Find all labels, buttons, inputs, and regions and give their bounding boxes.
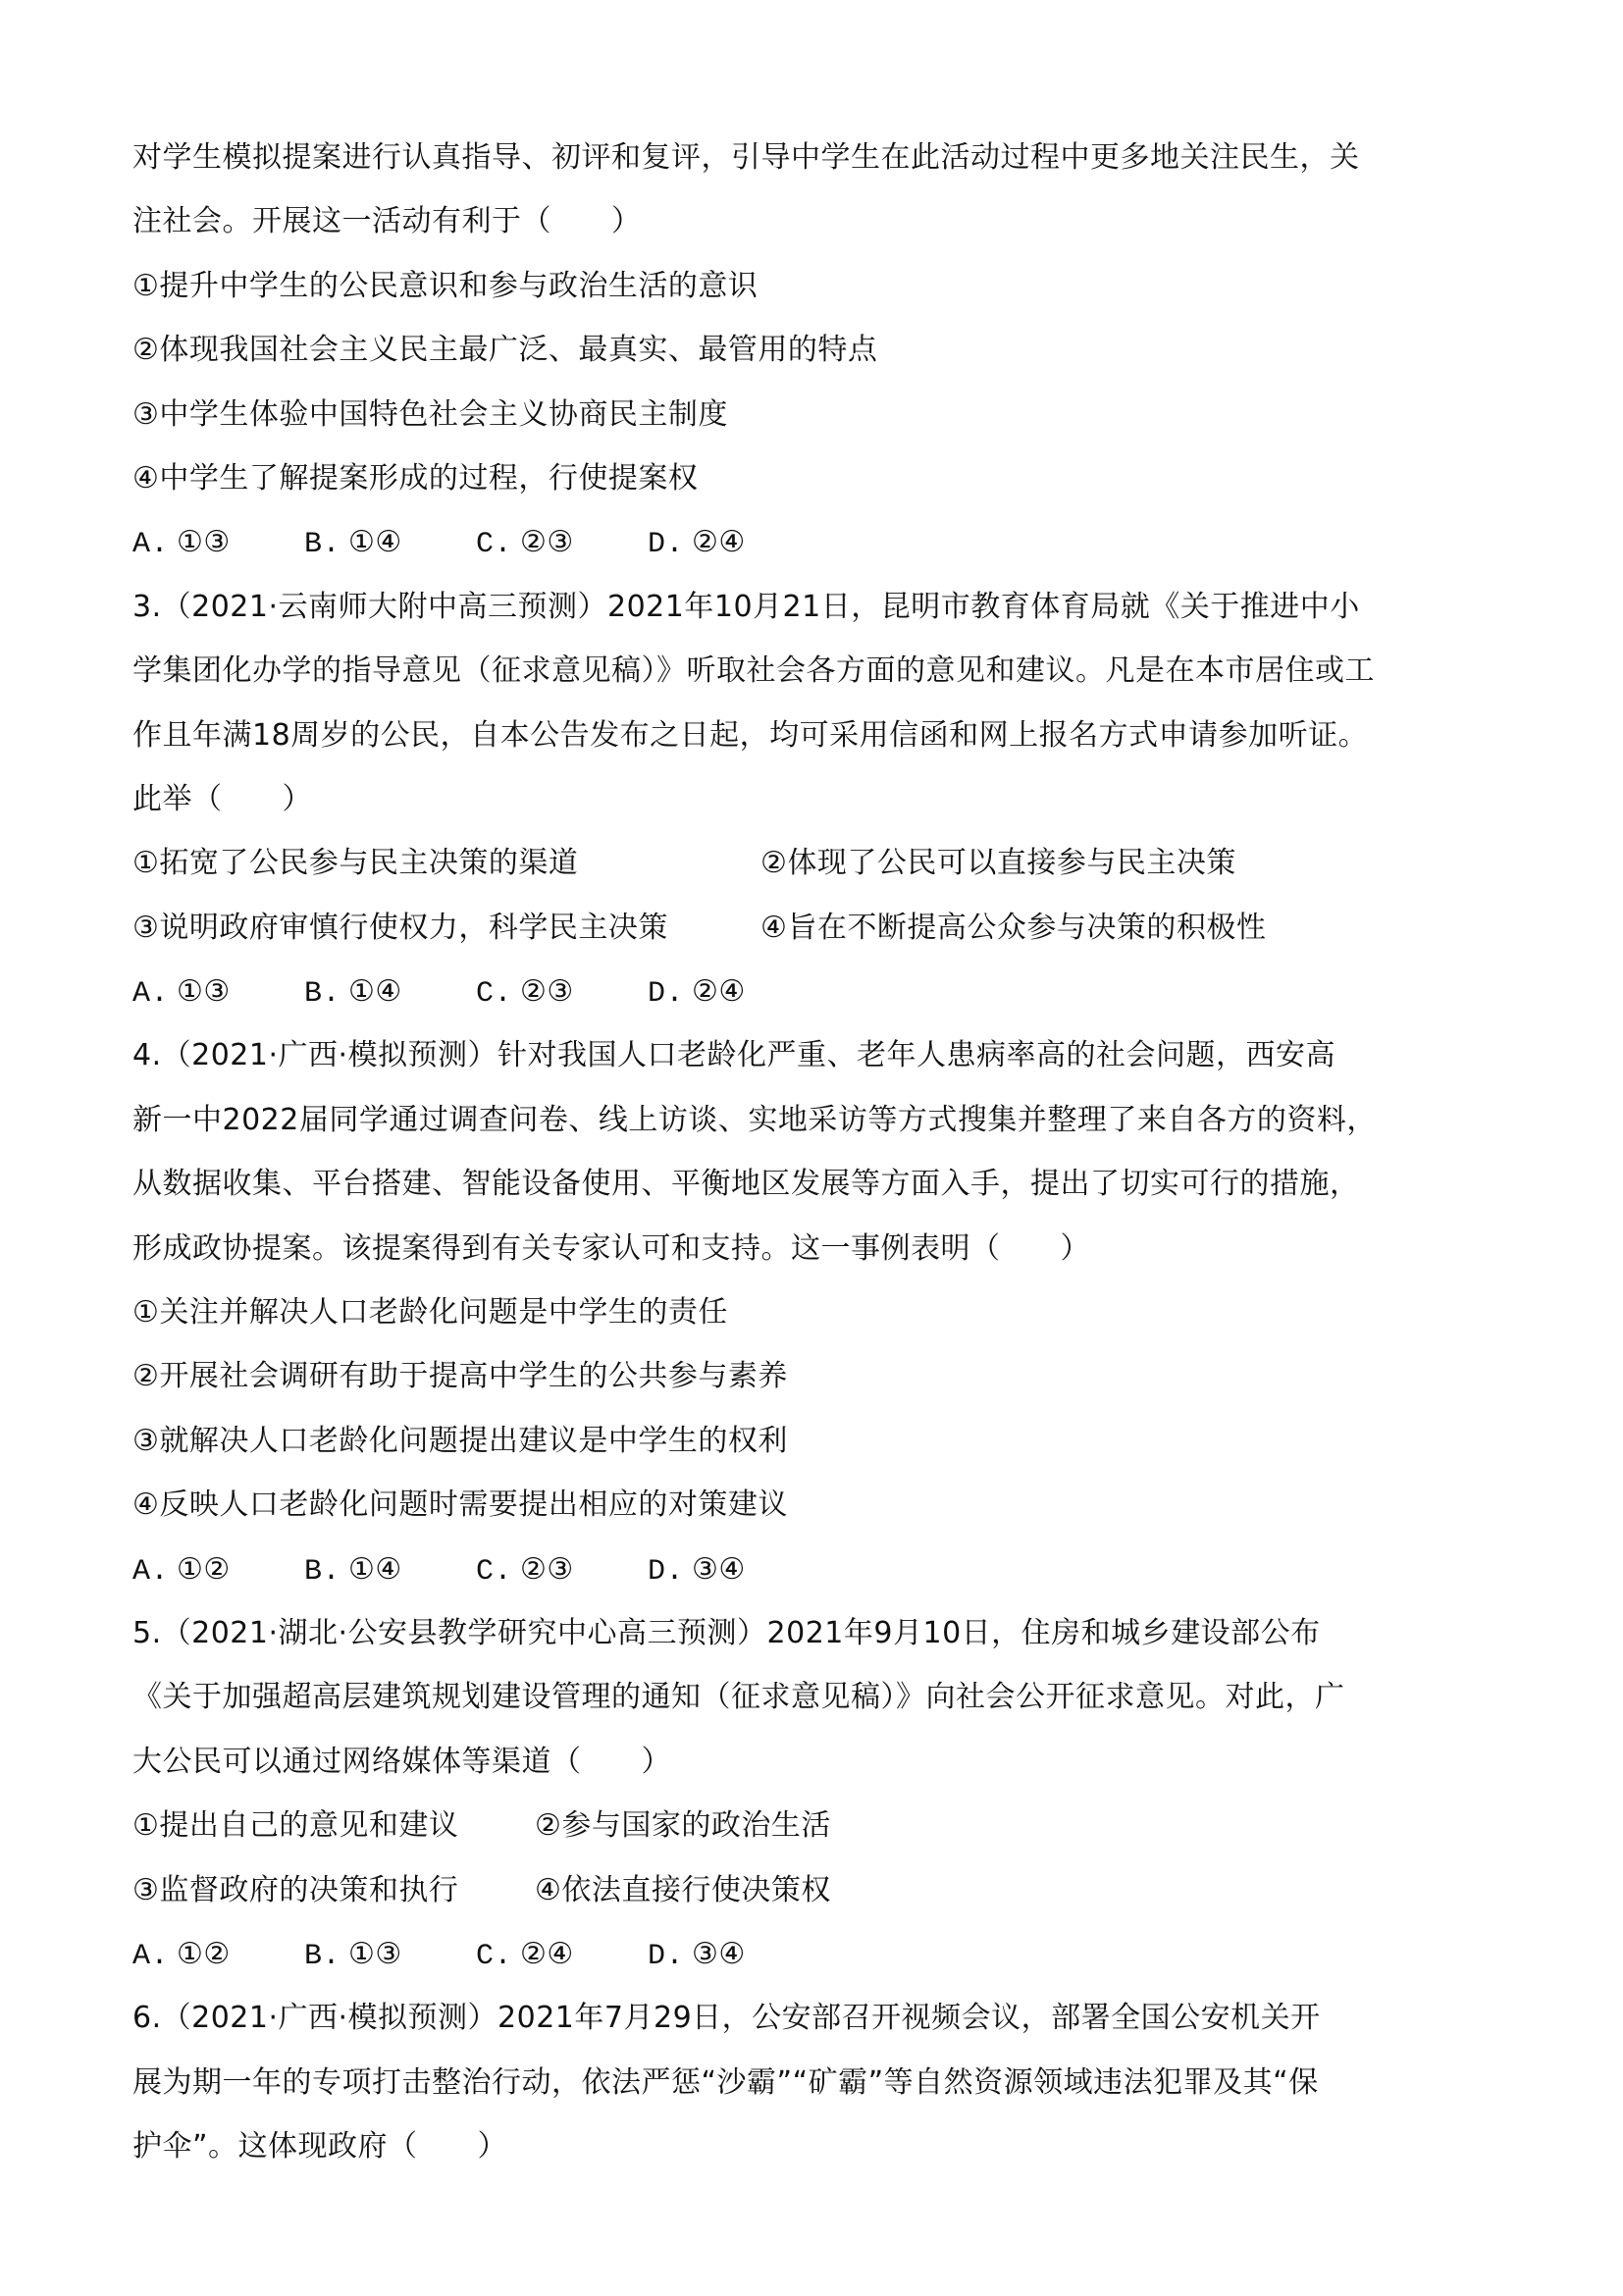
option-value: ②④: [520, 1937, 574, 1971]
question-stem-line: 新一中2022届同学通过调查问卷、线上访谈、实地采访等方式搜集并整理了来自各方的…: [132, 1088, 1506, 1152]
option-value: ①③: [348, 1937, 402, 1971]
answer-options: A.①② B.①③ C.②④ D.③④: [132, 1922, 1506, 1986]
option-b[interactable]: B.①④: [304, 1538, 476, 1601]
option-letter: C.: [476, 528, 512, 561]
option-letter: D.: [648, 1555, 684, 1589]
question-stem-line: 注社会。开展这一活动有利于（ ）: [132, 189, 1506, 253]
question-stem-line: 6.（2021·广西·模拟预测）2021年7月29日，公安部召开视频会议，部署全…: [132, 1986, 1506, 2050]
option-value: ③④: [692, 1937, 746, 1971]
option-letter: C.: [476, 1555, 512, 1589]
exam-page: 对学生模拟提案进行认真指导、初评和复评，引导中学生在此活动过程中更多地关注民生，…: [132, 126, 1506, 2179]
answer-options: A.①② B.①④ C.②③ D.③④: [132, 1538, 1506, 1601]
question-2: 对学生模拟提案进行认真指导、初评和复评，引导中学生在此活动过程中更多地关注民生，…: [132, 126, 1506, 575]
option-value: ①③: [177, 525, 231, 559]
statement: ①提出自己的意见和建议: [132, 1794, 535, 1857]
option-a[interactable]: A.①②: [132, 1922, 304, 1986]
question-stem-line: 对学生模拟提案进行认真指导、初评和复评，引导中学生在此活动过程中更多地关注民生，…: [132, 126, 1506, 189]
option-letter: D.: [648, 528, 684, 561]
option-letter: A.: [132, 1940, 169, 1973]
statement: ②体现我国社会主义民主最广泛、最真实、最管用的特点: [132, 318, 1506, 382]
statement-row: ③说明政府审慎行使权力，科学民主决策 ④旨在不断提高公众参与决策的积极性: [132, 896, 1506, 960]
option-value: ①④: [348, 974, 402, 1009]
question-stem-line: 4.（2021·广西·模拟预测）针对我国人口老龄化严重、老年人患病率高的社会问题…: [132, 1023, 1506, 1087]
option-value: ②③: [520, 1552, 574, 1587]
question-stem-line: 5.（2021·湖北·公安县教学研究中心高三预测）2021年9月10日，住房和城…: [132, 1601, 1506, 1665]
option-value: ②③: [520, 974, 574, 1009]
statement-row: ①拓宽了公民参与民主决策的渠道 ②体现了公民可以直接参与民主决策: [132, 831, 1506, 895]
option-letter: A.: [132, 528, 169, 561]
statement: ②参与国家的政治生活: [535, 1794, 831, 1857]
question-stem-line: 3.（2021·云南师大附中高三预测）2021年10月21日，昆明市教育体育局就…: [132, 575, 1506, 639]
question-stem-line: 《关于加强超高层建筑规划建设管理的通知（征求意见稿）》向社会公开征求意见。对此，…: [132, 1665, 1506, 1729]
answer-options: A.①③ B.①④ C.②③ D.②④: [132, 510, 1506, 574]
option-c[interactable]: C.②③: [476, 1538, 648, 1601]
statement: ①提升中学生的公民意识和参与政治生活的意识: [132, 254, 1506, 318]
statement: ④中学生了解提案形成的过程，行使提案权: [132, 446, 1506, 510]
option-value: ③④: [692, 1552, 746, 1587]
question-6: 6.（2021·广西·模拟预测）2021年7月29日，公安部召开视频会议，部署全…: [132, 1986, 1506, 2178]
option-b[interactable]: B.①③: [304, 1922, 476, 1986]
option-value: ②④: [692, 525, 746, 559]
question-stem-line: 形成政协提案。该提案得到有关专家认可和支持。这一事例表明（ ）: [132, 1217, 1506, 1280]
option-c[interactable]: C.②④: [476, 1922, 648, 1986]
option-c[interactable]: C.②③: [476, 960, 648, 1023]
statement-row: ①提出自己的意见和建议 ②参与国家的政治生活: [132, 1794, 1506, 1857]
option-letter: D.: [648, 1940, 684, 1973]
question-stem-line: 学集团化办学的指导意见（征求意见稿）》听取社会各方面的意见和建议。凡是在本市居住…: [132, 639, 1506, 703]
option-d[interactable]: D.③④: [648, 1538, 819, 1601]
option-letter: C.: [476, 977, 512, 1011]
option-value: ①②: [177, 1937, 231, 1971]
option-a[interactable]: A.①②: [132, 1538, 304, 1601]
question-stem-line: 作且年满18周岁的公民，自本公告发布之日起，均可采用信函和网上报名方式申请参加听…: [132, 704, 1506, 767]
option-letter: A.: [132, 1555, 169, 1589]
statement: ④旨在不断提高公众参与决策的积极性: [760, 896, 1266, 960]
question-5: 5.（2021·湖北·公安县教学研究中心高三预测）2021年9月10日，住房和城…: [132, 1601, 1506, 1986]
statement: ③说明政府审慎行使权力，科学民主决策: [132, 896, 760, 960]
option-c[interactable]: C.②③: [476, 510, 648, 574]
statement: ②体现了公民可以直接参与民主决策: [760, 831, 1236, 895]
question-3: 3.（2021·云南师大附中高三预测）2021年10月21日，昆明市教育体育局就…: [132, 575, 1506, 1024]
option-letter: A.: [132, 977, 169, 1011]
option-a[interactable]: A.①③: [132, 960, 304, 1023]
question-stem-line: 从数据收集、平台搭建、智能设备使用、平衡地区发展等方面入手，提出了切实可行的措施…: [132, 1152, 1506, 1216]
option-letter: B.: [304, 528, 340, 561]
option-a[interactable]: A.①③: [132, 510, 304, 574]
option-letter: B.: [304, 977, 340, 1011]
statement: ④反映人口老龄化问题时需要提出相应的对策建议: [132, 1473, 1506, 1537]
option-d[interactable]: D.②④: [648, 960, 819, 1023]
option-value: ②④: [692, 974, 746, 1009]
statement: ③就解决人口老龄化问题提出建议是中学生的权利: [132, 1409, 1506, 1473]
option-value: ①④: [348, 525, 402, 559]
option-value: ②③: [520, 525, 574, 559]
option-letter: B.: [304, 1555, 340, 1589]
statement-row: ③监督政府的决策和执行 ④依法直接行使决策权: [132, 1858, 1506, 1922]
statement: ③中学生体验中国特色社会主义协商民主制度: [132, 383, 1506, 446]
statement: ①关注并解决人口老龄化问题是中学生的责任: [132, 1280, 1506, 1344]
question-stem-line: 展为期一年的专项打击整治行动，依法严惩“沙霸”“矿霸”等自然资源领域违法犯罪及其…: [132, 2051, 1506, 2114]
question-stem-line: 护伞”。这体现政府（ ）: [132, 2114, 1506, 2178]
question-4: 4.（2021·广西·模拟预测）针对我国人口老龄化严重、老年人患病率高的社会问题…: [132, 1023, 1506, 1601]
option-value: ①③: [177, 974, 231, 1009]
option-letter: D.: [648, 977, 684, 1011]
statement: ①拓宽了公民参与民主决策的渠道: [132, 831, 760, 895]
option-letter: C.: [476, 1940, 512, 1973]
option-b[interactable]: B.①④: [304, 960, 476, 1023]
answer-options: A.①③ B.①④ C.②③ D.②④: [132, 960, 1506, 1023]
option-d[interactable]: D.③④: [648, 1922, 819, 1986]
statement: ②开展社会调研有助于提高中学生的公共参与素养: [132, 1344, 1506, 1408]
statement: ④依法直接行使决策权: [535, 1858, 831, 1922]
option-value: ①④: [348, 1552, 402, 1587]
statement: ③监督政府的决策和执行: [132, 1858, 535, 1922]
option-b[interactable]: B.①④: [304, 510, 476, 574]
option-d[interactable]: D.②④: [648, 510, 819, 574]
option-value: ①②: [177, 1552, 231, 1587]
question-stem-line: 此举（ ）: [132, 767, 1506, 831]
option-letter: B.: [304, 1940, 340, 1973]
question-stem-line: 大公民可以通过网络媒体等渠道（ ）: [132, 1730, 1506, 1794]
